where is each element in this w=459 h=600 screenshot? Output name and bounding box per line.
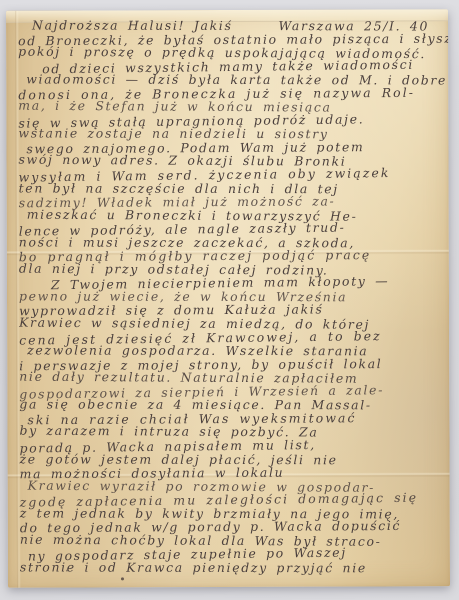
handwritten-text: Najdroższa Halusi! Jakiś Warszawa 25/I. … — [18, 18, 448, 587]
handwriting-line: stronie i od Krawca pieniędzy przyjąć ni… — [20, 560, 448, 575]
scan-background: Najdroższa Halusi! Jakiś Warszawa 25/I. … — [0, 0, 459, 600]
salutation: Najdroższa Halusi! Jakiś — [32, 18, 233, 32]
letter-page: Najdroższa Halusi! Jakiś Warszawa 25/I. … — [6, 9, 450, 588]
